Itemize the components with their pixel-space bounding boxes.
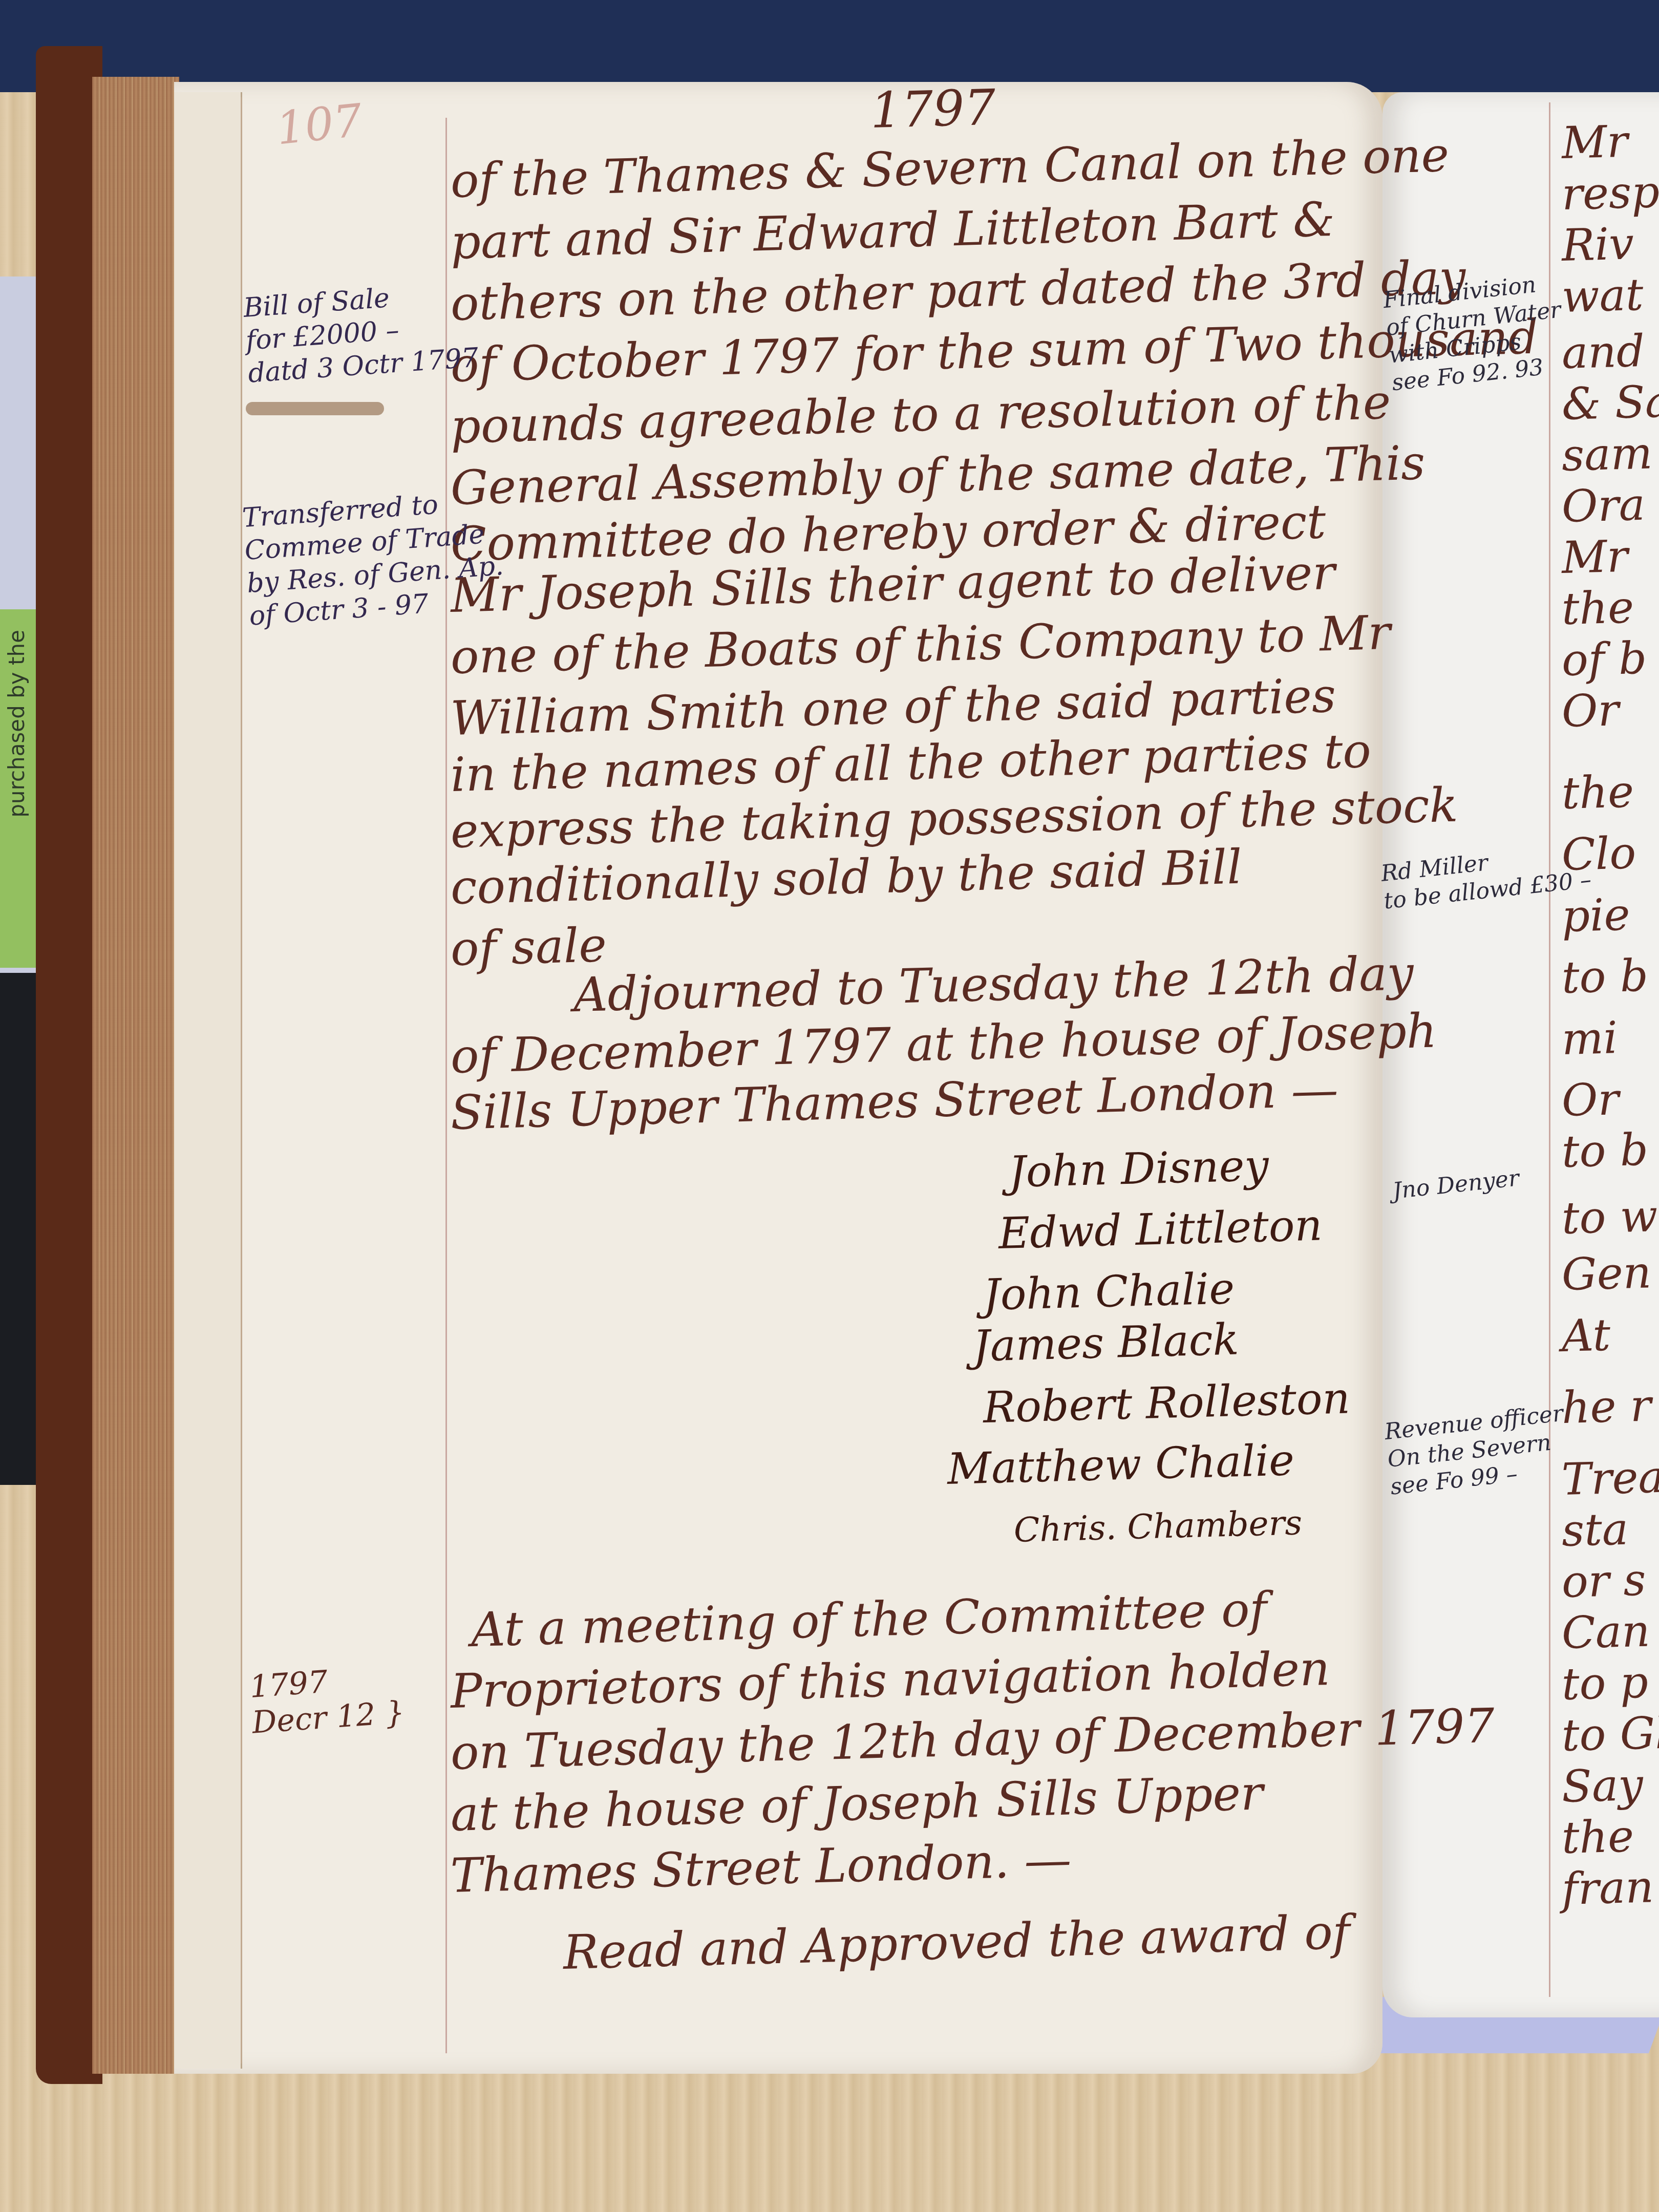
partial-line: Gen: [1561, 1247, 1652, 1301]
partial-line: Trea: [1561, 1452, 1659, 1505]
partial-line: to w: [1561, 1190, 1658, 1244]
background-green-sticker: purchased by the: [0, 609, 36, 968]
ink-stain: [246, 402, 384, 415]
partial-line: sta: [1561, 1504, 1629, 1557]
partial-line: Say: [1561, 1759, 1644, 1813]
signature: John Disney: [1008, 1140, 1269, 1197]
partial-line: & Sa: [1561, 376, 1659, 430]
left-outer-rule: [241, 97, 242, 2064]
partial-line: the: [1561, 582, 1634, 635]
partial-line: sam: [1561, 428, 1653, 481]
partial-line: wat: [1561, 269, 1644, 323]
signature: Robert Rolleston: [983, 1373, 1351, 1433]
partial-line: the: [1561, 766, 1634, 819]
partial-line: to Gl: [1561, 1708, 1659, 1761]
book-page-edges: [92, 77, 179, 2074]
partial-line: At: [1561, 1310, 1611, 1362]
partial-line: and: [1561, 326, 1645, 379]
partial-line: the: [1561, 1811, 1634, 1864]
partial-line: Mr: [1561, 116, 1629, 169]
partial-line: Or: [1561, 685, 1620, 737]
partial-line: Mr: [1561, 531, 1629, 584]
partial-line: resp: [1561, 166, 1659, 220]
background-blue-folder: [0, 0, 1659, 92]
partial-line: of b: [1561, 633, 1648, 686]
margin-note-transferred: Transferred to Commee of Trade by Res. o…: [241, 484, 507, 632]
desk-scene: purchased by the 107 1797 of the Thames …: [0, 0, 1659, 2212]
partial-line: mi: [1561, 1012, 1619, 1065]
year-header: 1797: [870, 79, 996, 139]
left-page-leaf-strip: [174, 92, 242, 2069]
margin-note-bill-of-sale: Bill of Sale for £2000 – datd 3 Octr 179…: [242, 276, 479, 390]
signature: Chris. Chambers: [1013, 1503, 1303, 1550]
partial-line: or s: [1561, 1555, 1647, 1608]
right-margin-note-churn: Final division of Churn Water with Cripp…: [1382, 269, 1568, 397]
partial-line: to b: [1561, 1124, 1649, 1178]
signature: James Black: [972, 1314, 1240, 1371]
background-dark-object: [0, 973, 36, 1485]
signature: Edwd Littleton: [998, 1200, 1323, 1259]
partial-line: Riv: [1561, 218, 1634, 271]
partial-line: fran: [1561, 1861, 1654, 1915]
signature: John Chalie: [983, 1263, 1235, 1320]
partial-line: Clo: [1561, 827, 1637, 881]
left-margin-rule: [445, 118, 447, 2053]
partial-line: to b: [1561, 950, 1649, 1004]
margin-note-date: 1797 Decr 12 }: [248, 1658, 406, 1740]
signature: Matthew Chalie: [947, 1435, 1295, 1494]
partial-line: pie: [1561, 889, 1631, 942]
partial-line: he r: [1561, 1380, 1652, 1434]
partial-line: Can: [1561, 1606, 1651, 1659]
page-number: 107: [274, 94, 365, 155]
right-margin-rule: [1549, 102, 1550, 1997]
partial-line: Ora: [1561, 479, 1646, 533]
partial-line: to p: [1561, 1657, 1649, 1710]
partial-line: Or: [1561, 1074, 1620, 1126]
sticker-text: purchased by the: [4, 630, 29, 818]
